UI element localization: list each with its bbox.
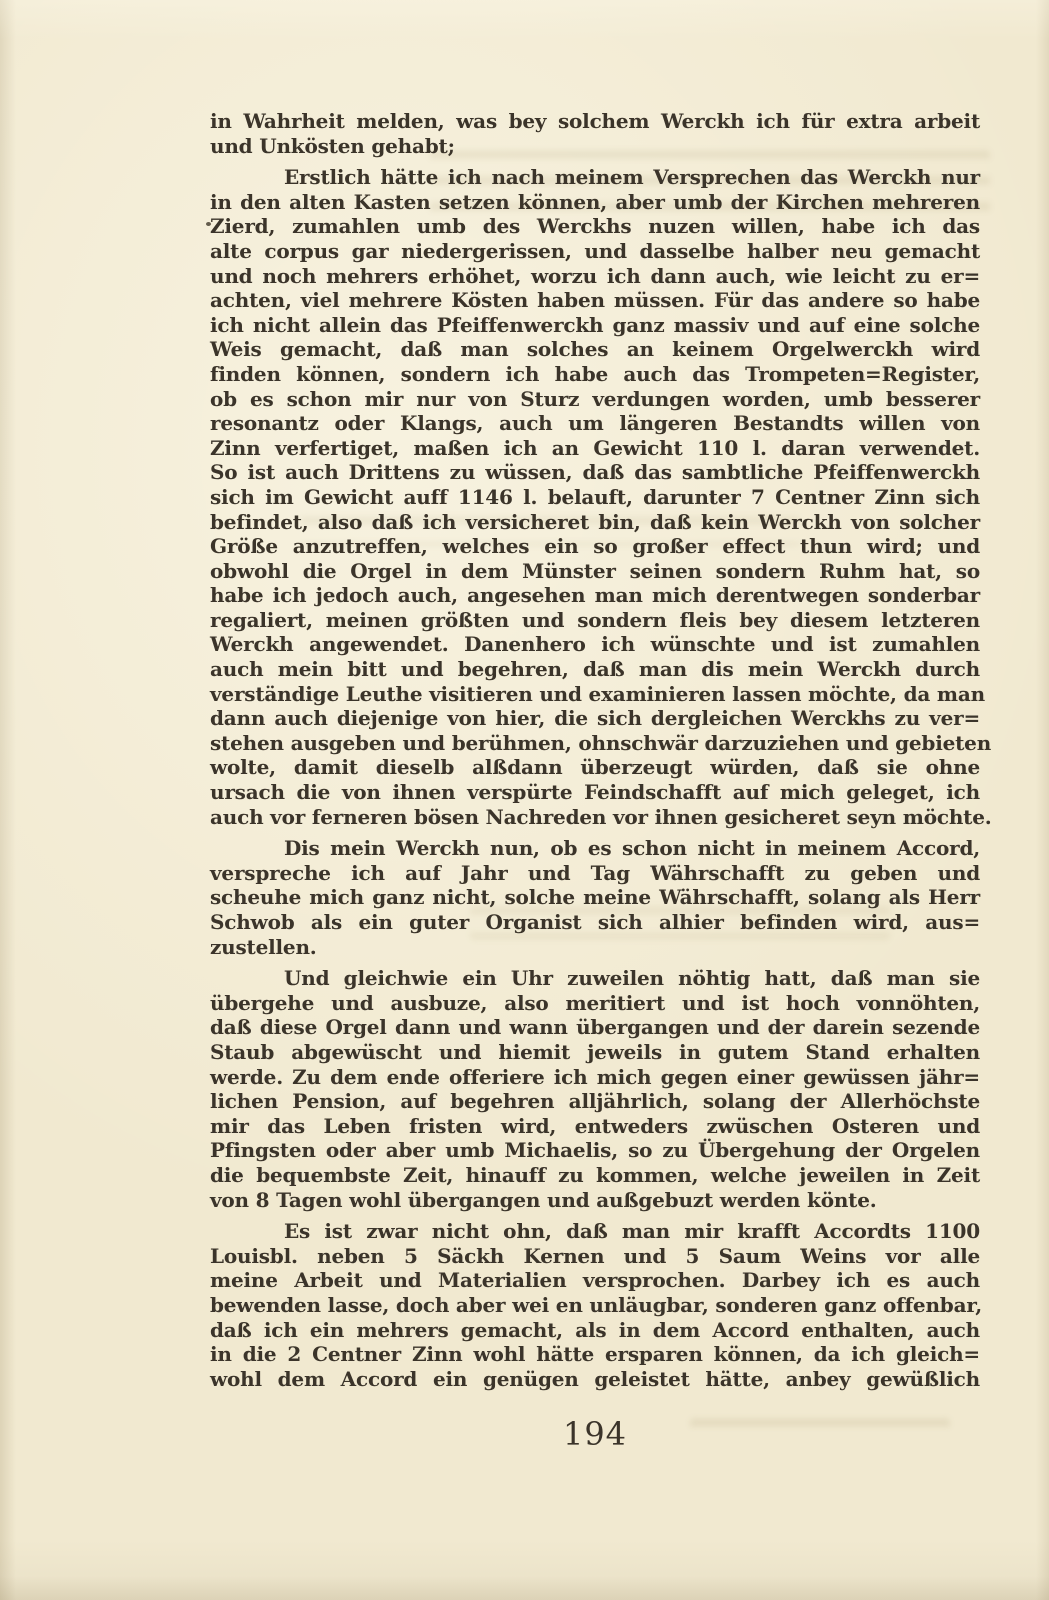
text-line: Zinn verfertiget, maßen ich an Gewicht 1… [210,436,980,461]
text-line: wolte, damit dieselb alßdann überzeugt w… [210,755,980,780]
page-number: 194 [210,1412,980,1456]
text-line: Staub abgewüscht und hiemit jeweils in g… [210,1040,980,1065]
text-line: regaliert, meinen größten und sondern fl… [210,608,980,633]
paragraph: Dis mein Werckh nun, ob es schon nicht i… [210,836,980,959]
text-line: Größe anzutreffen, welches ein so großer… [210,534,980,559]
text-line: von 8 Tagen wohl übergangen und außgebuz… [210,1188,980,1213]
text-line: alte corpus gar niedergerissen, und dass… [210,239,980,264]
paragraph: Es ist zwar nicht ohn, daß man mir kraff… [210,1219,980,1391]
text-line: befindet, also daß ich versicheret bin, … [210,510,980,535]
book-page: in Wahrheit melden, was bey solchem Werc… [0,0,1049,1600]
text-line: ich nicht allein das Pfeiffenwerckh ganz… [210,313,980,338]
text-line: stehen ausgeben und berühmen, ohnschwär … [210,731,980,756]
text-line: auch vor ferneren bösen Nachreden vor ih… [210,805,980,830]
text-line: übergehe und ausbuze, also meritiert und… [210,991,980,1016]
text-line: So ist auch Drittens zu wüssen, daß das … [210,460,980,485]
text-line: mir das Leben fristen wird, entweders zw… [210,1114,980,1139]
text-line: und noch mehrers erhöhet, worzu ich dann… [210,264,980,289]
text-block: in Wahrheit melden, was bey solchem Werc… [210,109,980,1391]
text-line: zustellen. [210,935,980,960]
text-line: in die 2 Centner Zinn wohl hätte erspare… [210,1342,980,1367]
text-line: ursach die von ihnen verspürte Feindscha… [210,780,980,805]
text-line: und Unkösten gehabt; [210,134,980,159]
text-line: in den alten Kasten setzen können, aber … [210,190,980,215]
text-line: ob es schon mir nur von Sturz verdungen … [210,387,980,412]
paragraph: Erstlich hätte ich nach meinem Versprech… [210,165,980,829]
text-line: bewenden lasse, doch aber wei en unläugb… [210,1293,980,1318]
text-line: die bequembste Zeit, hinauff zu kommen, … [210,1163,980,1188]
text-line: werde. Zu dem ende offeriere ich mich ge… [210,1065,980,1090]
text-line: sich im Gewicht auff 1146 l. belauft, da… [210,485,980,510]
text-line: Zierd, zumahlen umb des Werckhs nuzen wi… [210,214,980,239]
text-line: Louisbl. neben 5 Säckh Kernen und 5 Saum… [210,1244,980,1269]
text-line: verständige Leuthe visitieren und examin… [210,682,980,707]
text-line: verspreche ich auf Jahr und Tag Währscha… [210,861,980,886]
text-line: Es ist zwar nicht ohn, daß man mir kraff… [210,1219,980,1244]
paragraph: in Wahrheit melden, was bey solchem Werc… [210,109,980,158]
text-line: Dis mein Werckh nun, ob es schon nicht i… [210,836,980,861]
text-line: Werckh angewendet. Danenhero ich wünscht… [210,632,980,657]
text-line: Schwob als ein guter Organist sich alhie… [210,910,980,935]
text-line: scheuhe mich ganz nicht, solche meine Wä… [210,885,980,910]
text-line: Weis gemacht, daß man solches an keinem … [210,337,980,362]
text-line: lichen Pension, auf begehren alljährlich… [210,1089,980,1114]
text-line: auch mein bitt und begehren, daß man dis… [210,657,980,682]
text-line: in Wahrheit melden, was bey solchem Werc… [210,109,980,134]
text-line: achten, viel mehrere Kösten haben müssen… [210,288,980,313]
text-line: meine Arbeit und Materialien versprochen… [210,1268,980,1293]
text-line: habe ich jedoch auch, angesehen man mich… [210,583,980,608]
text-line: resonantz oder Klangs, auch um längeren … [210,411,980,436]
text-line: Und gleichwie ein Uhr zuweilen nöhtig ha… [210,966,980,991]
text-line: Erstlich hätte ich nach meinem Versprech… [210,165,980,190]
text-line: finden können, sondern ich habe auch das… [210,362,980,387]
text-line: daß diese Orgel dann und wann übergangen… [210,1015,980,1040]
text-line: obwohl die Orgel in dem Münster seinen s… [210,559,980,584]
paragraph: Und gleichwie ein Uhr zuweilen nöhtig ha… [210,966,980,1212]
text-line: daß ich ein mehrers gemacht, als in dem … [210,1318,980,1343]
text-line: dann auch diejenige von hier, die sich d… [210,706,980,731]
text-line: wohl dem Accord ein genügen geleistet hä… [210,1367,980,1392]
text-line: Pfingsten oder aber umb Michaelis, so zu… [210,1138,980,1163]
